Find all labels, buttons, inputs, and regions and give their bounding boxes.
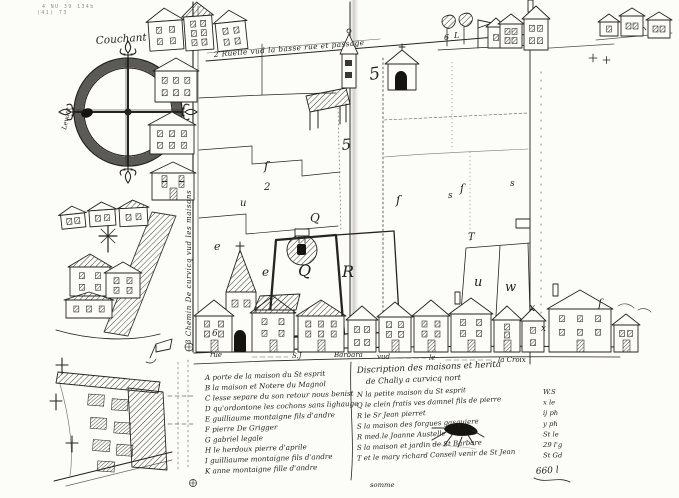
plot-letter: u [240,198,246,209]
house [212,8,250,51]
market-stall [306,88,350,130]
plot-letter: Q [298,261,311,280]
house [612,314,640,352]
footnote-somme: somme [370,481,395,489]
description-block: Discription des maisons et herita de Cha… [204,360,570,489]
chapel-arch [395,71,407,90]
finial-crosses [50,358,78,452]
amount: x le [543,399,555,407]
description-line: R le Sr Jean pierret [356,409,426,420]
description-line: G gabriel legale [205,433,263,444]
total-amount: 660 l [536,465,560,477]
calvary-cross [99,226,117,252]
plot-letter: ſ [263,159,271,173]
plot-letter: R [341,262,354,281]
description-line: F pierre De Grigger [204,422,278,434]
plot-letter: x [529,301,536,314]
amount: 29 l'g [542,441,563,449]
archive-stamp: 4 NU 39 134b (41) 73 [37,4,95,16]
plot-letter: 6 [444,33,449,42]
rotated-building [50,339,172,476]
house [449,292,493,352]
amount: St le [543,430,559,438]
house [377,302,413,352]
plot-letter: T [468,232,476,243]
compass-label-couchant: Couchant [95,31,147,47]
house [145,7,186,52]
street-label-segment: Barbara [333,351,363,359]
house [646,12,672,38]
plot-letter: Q [310,211,320,225]
house [153,58,199,102]
plot-letter: e [262,265,269,279]
chapel [385,44,419,90]
street-label-segment: vud [377,353,390,361]
house [412,300,450,352]
plot-letter: 2 [263,182,270,193]
round-tower [287,229,317,265]
house [181,1,216,51]
stamp-line-1: 4 NU 39 134b [42,4,95,10]
amount: St Gd [543,452,563,460]
plot-letter: ſ [459,182,466,195]
house [86,201,118,227]
street-label-segment: le [429,354,435,362]
plot-letter: ſ [395,193,403,207]
banner-flag [156,339,172,352]
amount: y ph [542,420,558,428]
house [547,284,613,352]
description-right-column: N la petite maison du St espritQ le clei… [356,386,516,462]
plot-letter: s [448,191,453,201]
fleur-south [120,165,136,183]
plot-letter: 5 [368,64,382,85]
plot-letter: x [541,324,546,334]
compass-rose: Couchant Levant Midy [59,31,197,183]
house [522,0,550,50]
street-label-segment: rue [210,351,222,359]
house [498,14,524,48]
house [598,14,620,36]
house [619,8,645,36]
plot-letter: 6 [212,329,218,339]
column-divider [351,362,353,480]
description-left-column: A porte de la maison du St espritB la ma… [204,369,359,476]
street-label-segment: S.J [292,352,303,360]
plot-letter: e [214,240,221,253]
street-label-segment: la Croix [498,356,526,364]
tower-door [297,244,306,255]
church-door [234,330,246,352]
amount: W.S [543,388,556,396]
plot-letter: s [510,179,515,189]
house [58,205,88,230]
plot-letter: 5 [341,135,352,154]
plot-letter: w [505,280,516,295]
left-road-label: 3 Chemin De curvicq vud les maisons [185,190,193,344]
house [68,254,112,296]
amounts-column: W.Sx leij phy phSt le29 l'gSt Gd [542,388,563,460]
plot-letter: u [474,275,482,290]
map-canvas: 4 NU 39 134b (41) 73 Couchant Levant Mid… [0,0,679,498]
stamp-line-2: (41) 73 [37,10,68,16]
scanned-map-page: 4 NU 39 134b (41) 73 Couchant Levant Mid… [0,0,679,498]
plot-letter: L [453,31,459,40]
houses-layer [58,0,672,352]
amount: ij ph [543,409,558,417]
house [296,300,346,352]
house [148,112,196,154]
house [117,199,150,227]
